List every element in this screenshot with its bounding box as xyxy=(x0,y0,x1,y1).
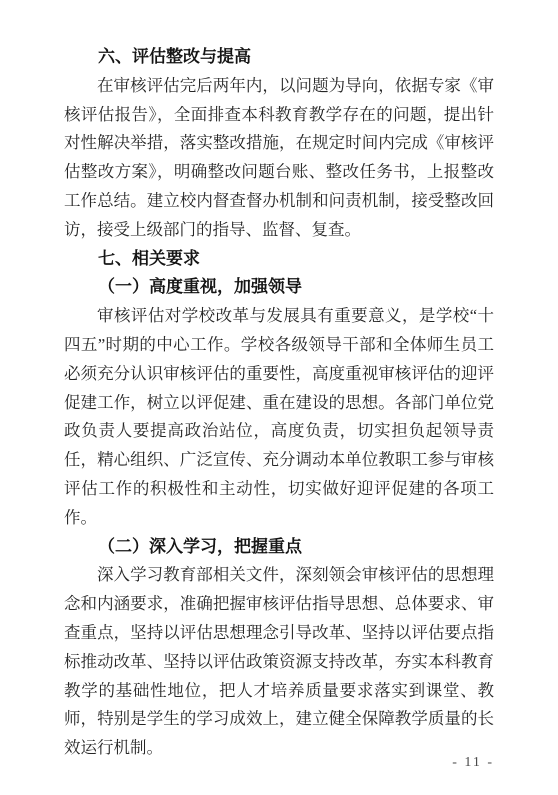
document-body: 六、评估整改与提高 在审核评估完后两年内，以问题为导向，依据专家《审核评估报告》… xyxy=(64,43,494,763)
paragraph-leadership: 审核评估对学校改革与发展具有重要意义，是学校“十四五”时期的中心工作。学校各级领… xyxy=(64,302,494,532)
page-number-footer: - 11 - xyxy=(452,755,494,771)
paragraph-study: 深入学习教育部相关文件，深刻领会审核评估的思想理念和内涵要求，准确把握审核评估指… xyxy=(64,561,494,763)
paragraph-rectification: 在审核评估完后两年内，以问题为导向，依据专家《审核评估报告》，全面排查本科教育教… xyxy=(64,72,494,245)
document-page: 六、评估整改与提高 在审核评估完后两年内，以问题为导向，依据专家《审核评估报告》… xyxy=(0,0,558,795)
section-heading-six: 六、评估整改与提高 xyxy=(64,43,494,72)
section-heading-seven: 七、相关要求 xyxy=(64,245,494,274)
subsection-heading-two: （二）深入学习，把握重点 xyxy=(64,533,494,562)
subsection-heading-one: （一）高度重视，加强领导 xyxy=(64,273,494,302)
